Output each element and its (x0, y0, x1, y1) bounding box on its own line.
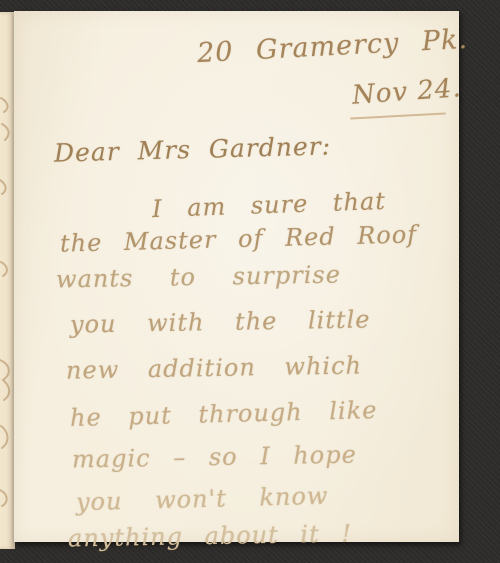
letter-line: magic – so I hope (72, 441, 357, 474)
letter-line: wants to surprise (56, 261, 341, 294)
date-underline-flourish (350, 112, 446, 119)
letter-line: he put through like (70, 396, 378, 432)
letter-date: Nov 24. (351, 73, 463, 111)
photograph-scene: 20 Gramercy Pk. Nov 24. Dear Mrs Gardner… (0, 0, 500, 563)
letter-address: 20 Gramercy Pk. (196, 24, 468, 69)
letter-line: anything about it ! (68, 520, 352, 553)
facing-page-ink-marks-icon (0, 12, 15, 549)
facing-page-edge (0, 12, 15, 549)
letter-salutation: Dear Mrs Gardner: (54, 131, 332, 167)
letter-line: the Master of Red Roof (60, 220, 418, 257)
letter-sheet: 20 Gramercy Pk. Nov 24. Dear Mrs Gardner… (14, 11, 459, 542)
letter-line: new addition which (66, 351, 362, 384)
letter-line: you won't know (76, 482, 329, 517)
letter-line: you with the little (70, 305, 371, 338)
letter-line: I am sure that (152, 187, 387, 223)
